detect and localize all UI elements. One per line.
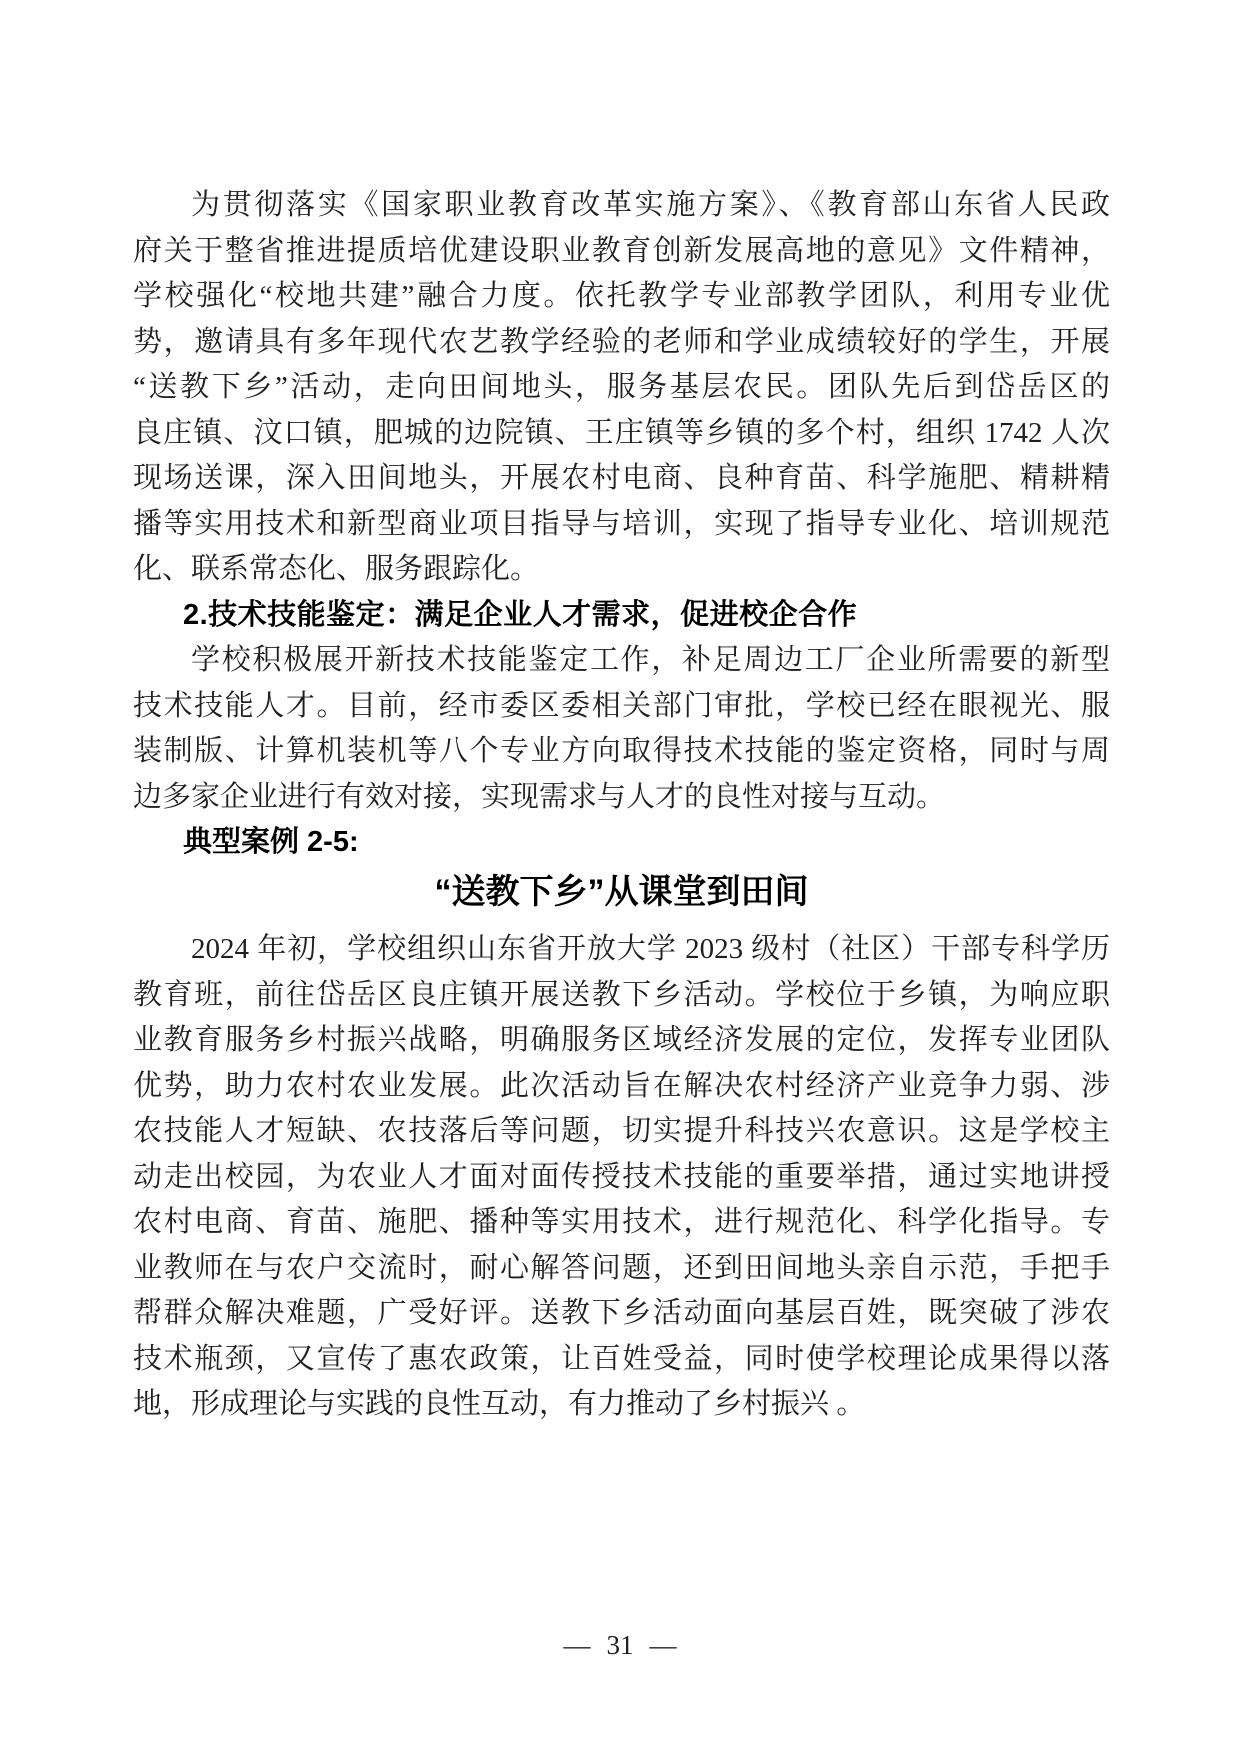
text-line: 学校积极展开新技术技能鉴定工作，补足周边工厂企业所需要的新型 xyxy=(133,638,1110,684)
text-line: 教育班，前往岱岳区良庄镇开展送教下乡活动。学校位于乡镇，为响应职 xyxy=(133,973,1110,1019)
text-line: 优势，助力农村农业发展。此次活动旨在解决农村经济产业竞争力弱、涉 xyxy=(133,1064,1110,1110)
text-line: 2024 年初，学校组织山东省开放大学 2023 级村（社区）干部专科学历 xyxy=(133,927,1110,973)
text-line: 农村电商、育苗、施肥、播种等实用技术，进行规范化、科学化指导。专 xyxy=(133,1200,1110,1246)
text-line: 技术瓶颈，又宣传了惠农政策，让百姓受益，同时使学校理论成果得以落 xyxy=(133,1337,1110,1383)
case-study-label: 典型案例 2-5: xyxy=(133,820,1110,866)
text-line: 边多家企业进行有效对接，实现需求与人才的良性对接与互动。 xyxy=(133,775,1110,821)
text-line: 化、联系常态化、服务跟踪化。 xyxy=(133,547,1110,593)
page-number: 31 xyxy=(607,1630,634,1660)
text-line: 府关于整省推进提质培优建设职业教育创新发展高地的意见》文件精神， xyxy=(133,229,1110,275)
footer-dash-right: — xyxy=(650,1630,677,1660)
text-line: 地，形成理论与实践的良性互动，有力推动了乡村振兴 。 xyxy=(133,1382,1110,1428)
text-line: 动走出校园，为农业人才面对面传授技术技能的重要举措，通过实地讲授 xyxy=(133,1155,1110,1201)
text-line: 业教师在与农户交流时，耐心解答问题，还到田间地头亲自示范，手把手 xyxy=(133,1246,1110,1292)
text-line: 技术技能人才。目前，经市委区委相关部门审批，学校已经在眼视光、服 xyxy=(133,684,1110,730)
text-line: 农技能人才短缺、农技落后等问题，切实提升科技兴农意识。这是学校主 xyxy=(133,1109,1110,1155)
text-line: 现场送课，深入田间地头，开展农村电商、良种育苗、科学施肥、精耕精 xyxy=(133,456,1110,502)
document-page: 为贯彻落实《国家职业教育改革实施方案》、《教育部山东省人民政 府关于整省推进提质… xyxy=(0,0,1240,1753)
text-line: 播等实用技术和新型商业项目指导与培训，实现了指导专业化、培训规范 xyxy=(133,502,1110,548)
text-line: 学校强化“校地共建”融合力度。依托教学专业部教学团队，利用专业优 xyxy=(133,274,1110,320)
case-study-title: “送教下乡”从课堂到田间 xyxy=(133,870,1110,916)
text-line: 为贯彻落实《国家职业教育改革实施方案》、《教育部山东省人民政 xyxy=(133,183,1110,229)
text-line: 良庄镇、汶口镇，肥城的边院镇、王庄镇等乡镇的多个村，组织 1742 人次 xyxy=(133,411,1110,457)
page-content: 为贯彻落实《国家职业教育改革实施方案》、《教育部山东省人民政 府关于整省推进提质… xyxy=(133,183,1110,1428)
text-line: 业教育服务乡村振兴战略，明确服务区域经济发展的定位，发挥专业团队 xyxy=(133,1018,1110,1064)
page-footer: —31— xyxy=(0,1630,1240,1661)
text-line: 势，邀请具有多年现代农艺教学经验的老师和学业成绩较好的学生，开展 xyxy=(133,320,1110,366)
section-heading-skill-appraisal: 2.技术技能鉴定：满足企业人才需求，促进校企合作 xyxy=(133,593,1110,639)
text-line: 装制版、计算机装机等八个专业方向取得技术技能的鉴定资格，同时与周 xyxy=(133,729,1110,775)
text-line: 帮群众解决难题，广受好评。送教下乡活动面向基层百姓，既突破了涉农 xyxy=(133,1291,1110,1337)
paragraph-3: 2024 年初，学校组织山东省开放大学 2023 级村（社区）干部专科学历 教育… xyxy=(133,927,1110,1428)
footer-dash-left: — xyxy=(564,1630,591,1660)
text-line: “送教下乡”活动，走向田间地头，服务基层农民。团队先后到岱岳区的 xyxy=(133,365,1110,411)
paragraph-2: 学校积极展开新技术技能鉴定工作，补足周边工厂企业所需要的新型 技术技能人才。目前… xyxy=(133,638,1110,820)
paragraph-1: 为贯彻落实《国家职业教育改革实施方案》、《教育部山东省人民政 府关于整省推进提质… xyxy=(133,183,1110,593)
